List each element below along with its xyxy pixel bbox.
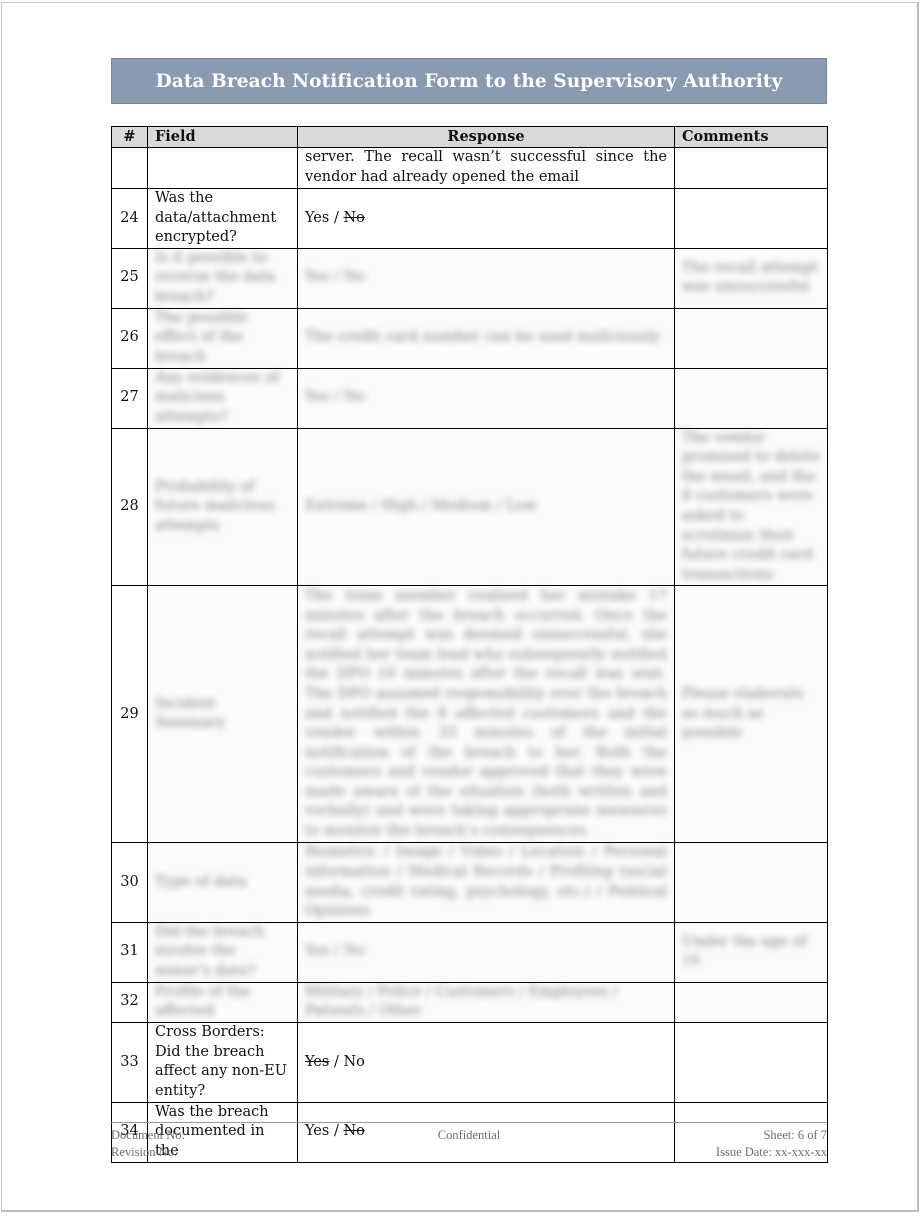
footer-classification: Confidential — [350, 1127, 589, 1144]
footer-document-no: Document No: — [111, 1127, 350, 1144]
table-row: 32Profile of the affectedMilitary / Poli… — [112, 982, 828, 1022]
row-number: 31 — [112, 922, 148, 982]
redacted-field-text: Any evidences of malicious attempts? — [155, 370, 279, 425]
table-row: 29Incident SummaryThe team member realiz… — [112, 586, 828, 843]
row-field: Incident Summary — [148, 586, 298, 843]
redacted-comments-text: The vendor promised to delete the email,… — [682, 430, 820, 583]
redacted-field-text: Did the breach involve the minor’s data? — [155, 924, 264, 979]
response-option: / — [329, 210, 343, 226]
redacted-comments-text: The recall attempt was unsuccessful — [682, 260, 818, 296]
row-field: Was the data/attachment encrypted? — [148, 189, 298, 249]
redacted-field-text: Is it possible to reverse the data breac… — [155, 250, 276, 305]
footer-sheet: Sheet: 6 of 7 — [588, 1127, 827, 1144]
row-response: server. The recall wasn’t successful sin… — [298, 148, 675, 189]
struck-option: No — [343, 210, 364, 226]
header-field: Field — [148, 127, 298, 148]
row-field — [148, 148, 298, 189]
table-row: 30Type of dataBiometric / Image / Video … — [112, 843, 828, 922]
redacted-response-text: Extreme / High / Medium / Low — [305, 498, 537, 514]
redacted-response-text: Biometric / Image / Video / Location / P… — [305, 844, 667, 919]
row-comments — [675, 982, 828, 1022]
row-comments — [675, 189, 828, 249]
table-row: 31Did the breach involve the minor’s dat… — [112, 922, 828, 982]
redacted-field-text: Type of data — [155, 874, 246, 890]
redacted-response-text: Yes / No — [305, 389, 365, 405]
redacted-field-text: Incident Summary — [155, 696, 226, 732]
redacted-comments-text: Please elaborate as much as possible — [682, 686, 804, 741]
table-row: 33Cross Borders: Did the breach affect a… — [112, 1022, 828, 1102]
row-number: 33 — [112, 1022, 148, 1102]
row-number: 25 — [112, 248, 148, 308]
row-response: Biometric / Image / Video / Location / P… — [298, 843, 675, 922]
table-row-continuation: server. The recall wasn’t successful sin… — [112, 148, 828, 189]
row-response: Military / Police / Customers / Employee… — [298, 982, 675, 1022]
row-response: The team member realized her mistake 17 … — [298, 586, 675, 843]
row-comments — [675, 1022, 828, 1102]
row-number — [112, 148, 148, 189]
row-comments: The recall attempt was unsuccessful — [675, 248, 828, 308]
table-row: 24Was the data/attachment encrypted?Yes … — [112, 189, 828, 249]
row-number: 24 — [112, 189, 148, 249]
row-comments — [675, 368, 828, 428]
redacted-field-text: Probability of future malicious attempts — [155, 479, 275, 534]
row-comments: Please elaborate as much as possible — [675, 586, 828, 843]
row-field: Probability of future malicious attempts — [148, 428, 298, 586]
row-response: Yes / No — [298, 189, 675, 249]
row-field: Cross Borders: Did the breach affect any… — [148, 1022, 298, 1102]
row-response: The credit card number can be used malic… — [298, 308, 675, 368]
row-number: 29 — [112, 586, 148, 843]
table-row: 27Any evidences of malicious attempts?Ye… — [112, 368, 828, 428]
redacted-response-text: Yes / No — [305, 943, 365, 959]
footer-revision-no: Revision No: — [111, 1144, 350, 1161]
redacted-field-text: Profile of the affected — [155, 984, 250, 1020]
row-comments: Under the age of 16 — [675, 922, 828, 982]
row-number: 26 — [112, 308, 148, 368]
struck-option: Yes — [305, 1054, 329, 1070]
page-footer: Document No: Confidential Sheet: 6 of 7 … — [111, 1122, 827, 1161]
row-response: Yes / No — [298, 248, 675, 308]
row-number: 27 — [112, 368, 148, 428]
row-field: Did the breach involve the minor’s data? — [148, 922, 298, 982]
response-option: / — [329, 1054, 343, 1070]
footer-issue-date: Issue Date: xx-xxx-xx — [588, 1144, 827, 1161]
row-field: Any evidences of malicious attempts? — [148, 368, 298, 428]
row-comments — [675, 843, 828, 922]
response-option: No — [343, 1054, 364, 1070]
row-field: Type of data — [148, 843, 298, 922]
row-field: The possible effect of the breach — [148, 308, 298, 368]
redacted-comments-text: Under the age of 16 — [682, 934, 807, 970]
row-field: Is it possible to reverse the data breac… — [148, 248, 298, 308]
response-option: Yes — [305, 210, 329, 226]
header-number: # — [112, 127, 148, 148]
row-number: 30 — [112, 843, 148, 922]
breach-form-table: # Field Response Comments server. The re… — [111, 126, 828, 1163]
redacted-field-text: The possible effect of the breach — [155, 310, 247, 365]
redacted-response-text: Yes / No — [305, 269, 365, 285]
row-response: Extreme / High / Medium / Low — [298, 428, 675, 586]
header-response: Response — [298, 127, 675, 148]
row-response: Yes / No — [298, 1022, 675, 1102]
redacted-response-text: Military / Police / Customers / Employee… — [305, 984, 618, 1020]
redacted-response-text: The credit card number can be used malic… — [305, 329, 660, 345]
header-comments: Comments — [675, 127, 828, 148]
row-number: 28 — [112, 428, 148, 586]
row-number: 32 — [112, 982, 148, 1022]
table-row: 28Probability of future malicious attemp… — [112, 428, 828, 586]
row-field: Profile of the affected — [148, 982, 298, 1022]
table-header-row: # Field Response Comments — [112, 127, 828, 148]
form-title: Data Breach Notification Form to the Sup… — [156, 71, 783, 92]
row-response: Yes / No — [298, 922, 675, 982]
row-response: Yes / No — [298, 368, 675, 428]
table-row: 25Is it possible to reverse the data bre… — [112, 248, 828, 308]
table-row: 26The possible effect of the breachThe c… — [112, 308, 828, 368]
row-comments — [675, 308, 828, 368]
row-comments — [675, 148, 828, 189]
row-comments: The vendor promised to delete the email,… — [675, 428, 828, 586]
redacted-response-text: The team member realized her mistake 17 … — [305, 588, 667, 839]
form-title-banner: Data Breach Notification Form to the Sup… — [111, 58, 827, 104]
